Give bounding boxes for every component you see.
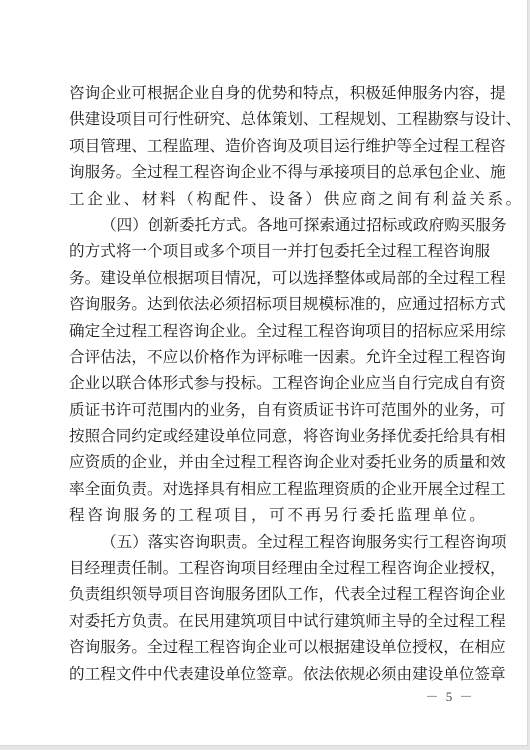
text-line: 程咨询服务的工程项目，可不再另行委托监理单位。 [69,502,461,528]
document-page: 咨询企业可根据企业自身的优势和特点，积极延伸服务内容，提 供建设项目可行性研究、… [0,0,528,746]
text-line: 确定全过程工程咨询企业。全过程工程咨询项目的招标应采用综 [69,318,461,344]
text-line: 项目管理、工程监理、造价咨询及项目运行维护等全过程工程咨 [69,133,461,159]
text-line: 供建设项目可行性研究、总体策划、工程规划、工程勘察与设计、 [69,106,461,132]
text-line: 目经理责任制。工程咨询项目经理由全过程工程咨询企业授权， [69,555,461,581]
text-line: 合评估法，不应以价格作为评标唯一因素。允许全过程工程咨询 [69,344,461,370]
text-line: 率全面负责。对选择具有相应工程监理资质的企业开展全过程工 [69,476,461,502]
text-line: 企业以联合体形式参与投标。工程咨询企业应当自行完成自有资 [69,370,461,396]
text-line: 按照合同约定或经建设单位同意，将咨询业务择优委托给具有相 [69,423,461,449]
document-body: 咨询企业可根据企业自身的优势和特点，积极延伸服务内容，提 供建设项目可行性研究、… [69,80,461,687]
text-line: 的工程文件中代表建设单位签章。依法依规必须由建设单位签章 [69,661,461,687]
text-line: 咨询服务。达到依法必须招标项目规模标准的，应通过招标方式 [69,291,461,317]
text-line: 询服务。全过程工程咨询企业不得与承接项目的总承包企业、施 [69,159,461,185]
text-line: 的方式将一个项目或多个项目一并打包委托全过程工程咨询服 [69,238,461,264]
text-line: 对委托方负责。在民用建筑项目中试行建筑师主导的全过程工程 [69,608,461,634]
section-heading-line: （五）落实咨询职责。全过程工程咨询服务实行工程咨询项 [69,529,461,555]
section-heading-line: （四）创新委托方式。各地可探索通过招标或政府购买服务 [69,212,461,238]
text-line: 应资质的企业，并由全过程工程咨询企业对委托业务的质量和效 [69,449,461,475]
text-line: 质证书许可范围内的业务，自有资质证书许可范围外的业务，可 [69,397,461,423]
text-line: 咨询服务。全过程工程咨询企业可以根据建设单位授权，在相应 [69,634,461,660]
text-line: 工企业、材料（构配件、设备）供应商之间有利益关系。 [69,186,461,212]
text-line: 负责组织领导项目咨询服务团队工作，代表全过程工程咨询企业 [69,581,461,607]
page-number: － 5 － [420,686,480,705]
text-line: 咨询企业可根据企业自身的优势和特点，积极延伸服务内容，提 [69,80,461,106]
text-line: 务。建设单位根据项目情况，可以选择整体或局部的全过程工程 [69,265,461,291]
